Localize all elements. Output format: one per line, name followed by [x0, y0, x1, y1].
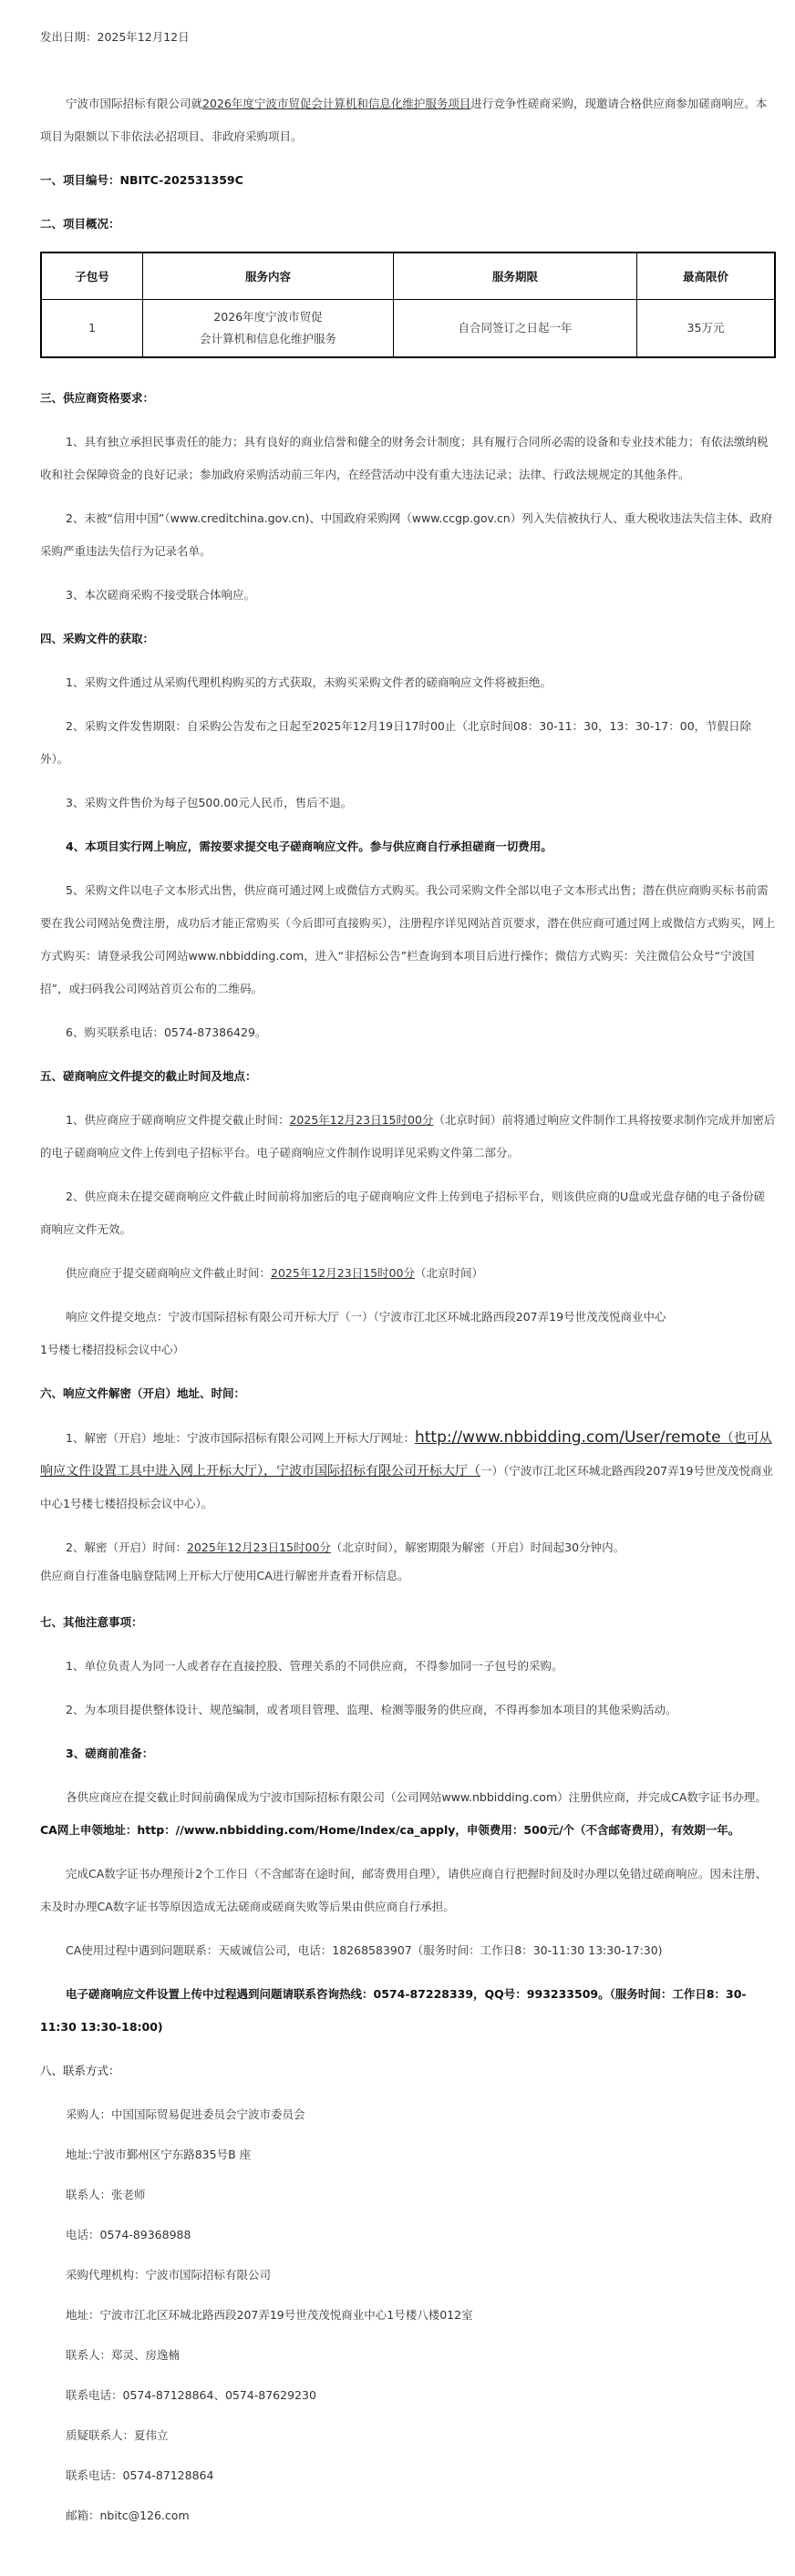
table-row: 1 2026年度宁波市贸促 会计算机和信息化维护服务 自合同签订之日起一年 35… [41, 300, 775, 358]
ca-time-paragraph: 完成CA数字证书办理预计2个工作日（不含邮寄在途时间，邮寄费用自理），请供应商自… [40, 1858, 776, 1923]
section-overview-title: 二、项目概况： [40, 208, 776, 241]
header-package-no: 子包号 [41, 252, 143, 300]
purchaser-name: 采购人：中国国际贸易促进委员会宁波市委员会 [40, 2098, 776, 2131]
section-decryption-title: 六、响应文件解密（开启）地址、时间： [40, 1377, 776, 1410]
submission-deadline-date: 2025年12月23日15时00分 [289, 1113, 433, 1127]
submission-item-1-text: 1、供应商应于磋商响应文件提交截止时间： [66, 1113, 289, 1127]
section-submission-title: 五、磋商响应文件提交的截止时间及地点： [40, 1060, 776, 1093]
submission-item-1: 1、供应商应于磋商响应文件提交截止时间：2025年12月23日15时00分（北京… [40, 1104, 776, 1170]
decryption-item-1: 1、解密（开启）地址：宁波市国际招标有限公司网上开标大厅网址：http://ww… [40, 1421, 776, 1520]
purchaser-contact: 联系人：张老师 [40, 2179, 776, 2211]
header-max-price: 最高限价 [637, 252, 776, 300]
section-project-number: 一、项目编号：NBITC-202531359C [40, 164, 776, 197]
purchaser-phone: 电话：0574-89368988 [40, 2219, 776, 2251]
announcement-document: 发出日期：2025年12月12日 宁波市国际招标有限公司就2026年度宁波市贸促… [0, 0, 795, 2576]
submission-deadline: 供应商应于提交磋商响应文件截止时间：2025年12月23日15时00分（北京时间… [40, 1257, 776, 1290]
section-documents-title: 四、采购文件的获取： [40, 623, 776, 655]
documents-item-4: 4、本项目实行网上响应，需按要求提交电子磋商响应文件。参与供应商自行承担磋商一切… [40, 830, 776, 863]
ca-apply-info: CA网上申领地址：http：//www.nbbidding.com/Home/I… [40, 1823, 739, 1837]
inquiry-contact: 质疑联系人：夏伟立 [40, 2419, 776, 2452]
deadline-label: 供应商应于提交磋商响应文件截止时间： [66, 1266, 271, 1280]
service-content-line1: 2026年度宁波市贸促 [144, 306, 392, 328]
online-bid-hall-link[interactable]: http://www.nbbidding.com/User/remote [415, 1428, 721, 1447]
documents-item-3: 3、采购文件售价为每子包500.00元人民币，售后不退。 [40, 787, 776, 819]
agency-name: 采购代理机构：宁波市国际招标有限公司 [40, 2259, 776, 2292]
issue-date: 发出日期：2025年12月12日 [40, 27, 776, 47]
intro-paragraph: 宁波市国际招标有限公司就2026年度宁波市贸促会计算机和信息化维护服务项目进行竞… [40, 88, 776, 153]
prep-paragraph: 各供应商应在提交截止时间前确保成为宁波市国际招标有限公司（公司网站www.nbb… [40, 1781, 776, 1847]
ca-support-paragraph: CA使用过程中遇到问题联系：天威诚信公司，电话：18268583907（服务时间… [40, 1934, 776, 1967]
notes-item-2: 2、为本项目提供整体设计、规范编制，或者项目管理、监理、检测等服务的供应商，不得… [40, 1694, 776, 1726]
purchaser-address: 地址:宁波市鄞州区宁东路835号B 座 [40, 2138, 776, 2171]
package-table: 子包号 服务内容 服务期限 最高限价 1 2026年度宁波市贸促 会计算机和信息… [40, 252, 776, 358]
decryption-time-label: 2、解密（开启）时间： [66, 1540, 187, 1554]
intro-company: 宁波市国际招标有限公司就 [66, 97, 202, 110]
cell-service-period: 自合同签订之日起一年 [394, 300, 637, 358]
section-notes-title: 七、其他注意事项： [40, 1606, 776, 1639]
prep-text: 各供应商应在提交截止时间前确保成为宁波市国际招标有限公司（公司网站www.nbb… [66, 1790, 767, 1804]
section-qualifications-title: 三、供应商资格要求： [40, 382, 776, 415]
deadline-date: 2025年12月23日15时00分 [271, 1266, 415, 1280]
cell-package-no: 1 [41, 300, 143, 358]
documents-item-2: 2、采购文件发售期限：自采购公告发布之日起至2025年12月19日17时00止（… [40, 710, 776, 776]
deadline-timezone: （北京时间） [415, 1266, 483, 1280]
decryption-item-2: 2、解密（开启）时间：2025年12月23日15时00分（北京时间），解密期限为… [40, 1531, 776, 1564]
decryption-time-date: 2025年12月23日15时00分 [187, 1540, 331, 1554]
header-service-content: 服务内容 [143, 252, 394, 300]
hotline-paragraph: 电子磋商响应文件设置上传中过程遇到问题请联系咨询热线：0574-87228339… [40, 1978, 776, 2044]
table-header-row: 子包号 服务内容 服务期限 最高限价 [41, 252, 775, 300]
service-content-line2: 会计算机和信息化维护服务 [144, 328, 392, 350]
decryption-address-label: 1、解密（开启）地址：宁波市国际招标有限公司网上开标大厅网址： [66, 1431, 415, 1445]
qualification-item-2: 2、未被“信用中国”（www.creditchina.gov.cn)、中国政府采… [40, 502, 776, 568]
qualification-item-3: 3、本次磋商采购不接受联合体响应。 [40, 579, 776, 612]
documents-item-1: 1、采购文件通过从采购代理机构购买的方式获取，未购买采购文件者的磋商响应文件将被… [40, 666, 776, 699]
agency-address: 地址：宁波市江北区环城北路西段207弄19号世茂茂悦商业中心1号楼八楼012室 [40, 2299, 776, 2332]
agency-contacts: 联系人：郑灵、房逸楠 [40, 2339, 776, 2372]
cell-service-content: 2026年度宁波市贸促 会计算机和信息化维护服务 [143, 300, 394, 358]
cell-max-price: 35万元 [637, 300, 776, 358]
agency-phones: 联系电话：0574-87128864、0574-87629230 [40, 2379, 776, 2412]
header-service-period: 服务期限 [394, 252, 637, 300]
decryption-time-rest: （北京时间），解密期限为解密（开启）时间起30分钟内。 [331, 1540, 625, 1554]
email: 邮箱：nbitc@126.com [40, 2499, 776, 2532]
notes-item-1: 1、单位负责人为同一人或者存在直接控股、管理关系的不同供应商，不得参加同一子包号… [40, 1650, 776, 1683]
documents-item-5: 5、采购文件以电子文本形式出售，供应商可通过网上或微信方式购买。我公司采购文件全… [40, 874, 776, 1005]
section-contact-title: 八、联系方式： [40, 2055, 776, 2087]
decryption-note: 供应商自行准备电脑登陆网上开标大厅使用CA进行解密并查看开标信息。 [40, 1564, 776, 1588]
submission-location: 响应文件提交地点：宁波市国际招标有限公司开标大厅（一）（宁波市江北区环城北路西段… [40, 1301, 776, 1366]
project-name: 2026年度宁波市贸促会计算机和信息化维护服务项目 [202, 97, 470, 110]
inquiry-phone: 联系电话：0574-87128864 [40, 2459, 776, 2492]
qualification-item-1: 1、具有独立承担民事责任的能力；具有良好的商业信誉和健全的财务会计制度；具有履行… [40, 426, 776, 491]
documents-item-6: 6、购买联系电话：0574-87386429。 [40, 1016, 776, 1049]
submission-item-2: 2、供应商未在提交磋商响应文件截止时间前将加密后的电子磋商响应文件上传到电子招标… [40, 1180, 776, 1246]
notes-item-3-title: 3、磋商前准备： [40, 1737, 776, 1770]
